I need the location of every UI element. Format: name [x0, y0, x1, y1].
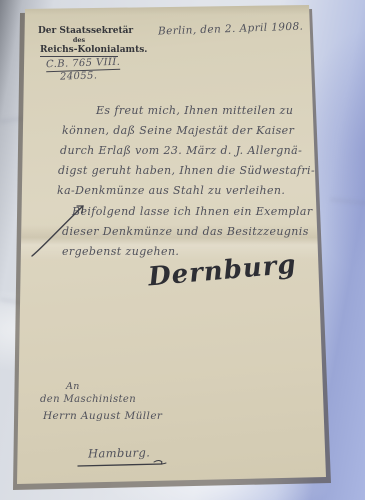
letterhead-office-line3: Reichs-Kolonialamts.: [40, 45, 118, 57]
recipient-salutation: An: [66, 381, 80, 392]
file-reference-journal-number: 24055.: [60, 70, 98, 82]
photo-of-letter: Der Staatssekretär des Reichs-Kolonialam…: [0, 0, 365, 500]
body-line-1: Es freut mich, Ihnen mitteilen zu: [96, 104, 293, 117]
body-line-5: ka-Denkmünze aus Stahl zu verleihen.: [57, 184, 285, 197]
body-line-4: digst geruht haben, Ihnen die Südwestafr…: [58, 164, 315, 177]
margin-check-arrow-mark: [28, 200, 92, 262]
recipient-name: Herrn August Müller: [43, 410, 162, 422]
letterhead-office-line1: Der Staatssekretär: [38, 26, 120, 36]
place-underline-stroke: [76, 458, 176, 470]
body-line-3: durch Erlaß vom 23. März d. J. Allergnä-: [60, 144, 302, 157]
body-line-2: können, daß Seine Majestät der Kaiser: [62, 124, 294, 137]
recipient-title: den Maschinisten: [40, 394, 136, 405]
body-line-7: dieser Denkmünze und das Besitzzeugnis: [62, 225, 309, 238]
cloth-wrinkle: [330, 198, 365, 205]
body-line-6: Beifolgend lasse ich Ihnen ein Exemplar: [72, 205, 313, 218]
letterhead-office-line2: des: [38, 37, 120, 44]
